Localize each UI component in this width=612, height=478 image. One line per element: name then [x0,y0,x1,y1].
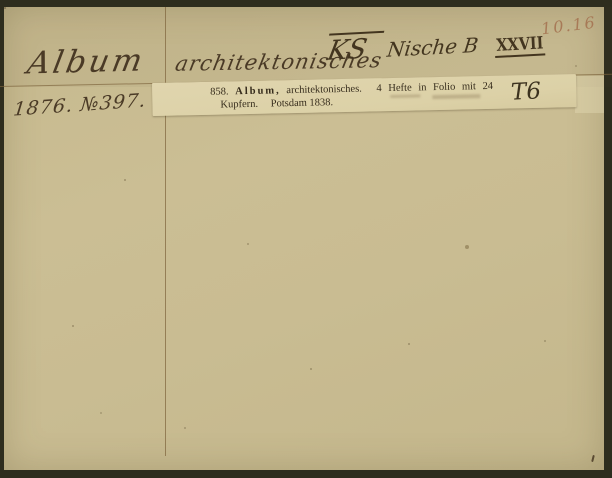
shelfmark-nische: Nische B [385,33,479,62]
slip-imprint: Potsdam 1838. [271,97,334,109]
vertical-rule-line [165,7,166,456]
ink-bleed-mark [390,94,420,98]
heading-album: Album [24,42,148,81]
paper-light-patch [575,76,604,113]
shelfmark-roman-numeral: XXVII [494,33,546,58]
slip-entry-number: 858. [210,86,229,97]
slip-title-rest: architektonisches. [286,84,362,97]
scanned-catalog-card-image: Album architektonisches 1876. №397. KS N… [0,0,612,478]
location-mark-t6: T6 [510,78,541,106]
slip-title-bold: Album, [235,85,281,97]
slip-extent: 4 Hefte in Folio mit 24 [376,81,493,94]
slip-kupfern: Kupfern. [220,99,258,111]
shelfmark-prefix: KS [323,31,384,67]
paper-speckles [4,7,6,9]
